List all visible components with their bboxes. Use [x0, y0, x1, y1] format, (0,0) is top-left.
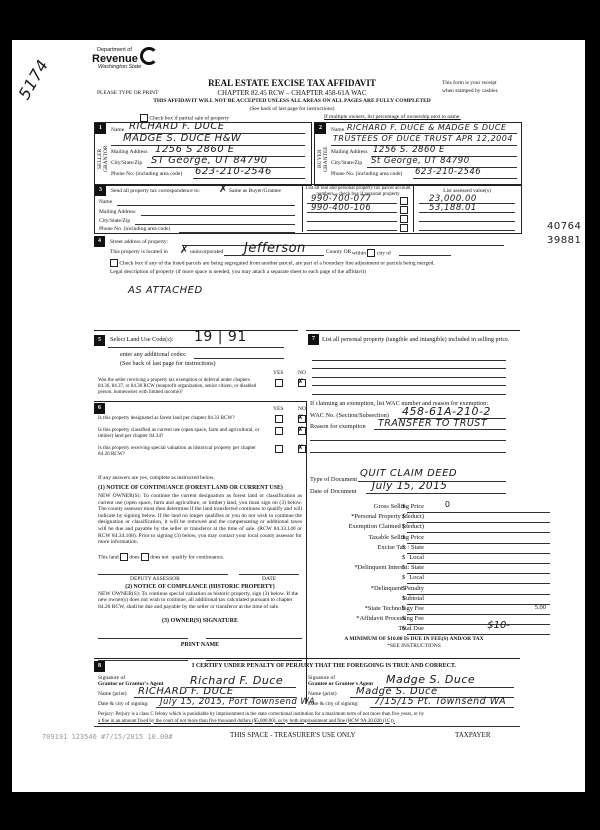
personal-property-checkbox[interactable]	[400, 197, 408, 205]
deputy-assessor-signature-line[interactable]	[98, 574, 228, 575]
within-text: within	[352, 250, 366, 256]
grantor-date-value[interactable]: July 15, 2015, Port Townsend WA	[160, 697, 315, 707]
owner-signature-line-2[interactable]	[206, 638, 302, 639]
city-of-field[interactable]	[399, 255, 451, 256]
does-not-text: does not	[150, 554, 169, 560]
fee-label: Local	[409, 574, 424, 581]
doc-type-label: Type of Document	[310, 476, 357, 483]
grantor-name-label: Name (print)	[98, 691, 127, 698]
dollar-sign: $	[402, 625, 405, 632]
multiple-owners-note: If multiple owners, list percentage of o…	[324, 114, 461, 121]
corr-city-label: City/State/Zip	[99, 218, 130, 225]
seller-name-line1[interactable]: RICHARD F. DUCE	[129, 121, 225, 132]
grantee-name-label: Name (print)	[308, 691, 337, 698]
section-number: 4	[94, 236, 105, 247]
buyer-city-value[interactable]: St George, UT 84790	[371, 156, 470, 166]
dollar-sign: $	[402, 585, 405, 592]
fee-label: Subtotal	[402, 595, 424, 602]
dollar-sign: $	[402, 513, 405, 520]
margin-note-assessed-1: 40764	[547, 221, 581, 232]
personal-property-line[interactable]	[312, 368, 506, 369]
personal-property-line[interactable]	[312, 377, 506, 378]
see-back-instructions: (See back of last page for instructions)	[120, 360, 216, 368]
section-number: 7	[308, 334, 319, 345]
yes-header: YES	[273, 370, 283, 377]
section-number: 2	[315, 123, 326, 134]
correspondence-label: Send all property tax correspondence to:	[111, 188, 200, 195]
certify-statement: I CERTIFY UNDER PENALTY OF PERJURY THAT …	[154, 663, 494, 669]
segregated-checkbox[interactable]	[110, 259, 118, 267]
within-label: within city of	[352, 249, 391, 257]
doc-date-value[interactable]: July 15, 2015	[372, 480, 447, 492]
does-checkbox[interactable]	[120, 553, 128, 561]
fee-value[interactable]: 5.00	[535, 604, 546, 611]
perjury-line-2: a fine in an amount fixed by the court o…	[98, 719, 518, 726]
fee-value[interactable]: $10-	[487, 620, 510, 631]
seller-phone-value[interactable]: 623-210-2546	[195, 166, 272, 177]
fee-label: *Personal Property (deduct)	[351, 513, 424, 520]
fee-row: Total Due $ $10-	[312, 625, 550, 636]
personal-property-checkbox[interactable]	[400, 206, 408, 214]
section-5-land-use: 5 Select Land Use Code(s): 19 | 91 enter…	[94, 330, 298, 401]
dollar-sign: $	[402, 523, 405, 530]
buyer-mailing-value[interactable]: 1256 S. 2860 E	[373, 145, 445, 155]
deputy-assessor-label: DEPUTY ASSESSOR	[130, 576, 180, 583]
minimum-fee-note: A MINIMUM OF $10.00 IS DUE IN FEE(S) AND…	[308, 636, 520, 642]
reason-continued-line[interactable]	[310, 440, 506, 441]
grantee-date-value[interactable]: 7/15/15 Pt. Townsend WA	[374, 696, 506, 707]
seller-name-line2[interactable]: MADGE S. DUCE H&W	[123, 133, 241, 144]
dollar-sign: $	[402, 564, 405, 571]
logo-agency-name: Revenue	[92, 54, 141, 64]
county-value[interactable]: Jefferson	[244, 241, 306, 256]
same-as-buyer-label: Same as Buyer/Grantee	[229, 188, 281, 195]
logo-state-text: Washington State	[98, 64, 141, 71]
section-4-property: 4 Street address of property: This prope…	[94, 236, 520, 326]
unincorporated-label: unincorporated	[190, 249, 223, 256]
question-yes-checkbox[interactable]	[275, 445, 283, 453]
current-use-question: Is this property receiving special valua…	[98, 445, 266, 458]
wac-value[interactable]: 458-61A-210-2	[402, 405, 491, 418]
section-number: 8	[94, 661, 105, 672]
buyer-name-line2[interactable]: TRUSTEES OF DUCE TRUST APR 12,2004	[333, 134, 513, 143]
dollar-sign: $	[402, 574, 405, 581]
buyer-mailing-label: Mailing Address	[331, 149, 368, 156]
street-address-field[interactable]	[182, 245, 504, 246]
unincorporated-checkbox[interactable]: ✗	[180, 246, 188, 256]
buyer-name-label: Name	[331, 127, 344, 134]
buyer-grantee-label: BUYER GRANTEE	[317, 137, 327, 181]
same-as-buyer-checkbox[interactable]: ✗	[219, 185, 227, 195]
print-name-label: PRINT NAME	[98, 642, 302, 648]
segregated-checkbox-row[interactable]: Check box if any of the listed parcels a…	[110, 259, 435, 267]
fee-label: *Delinquent Penalty	[371, 585, 424, 592]
fee-label: Exemption Claimed (deduct)	[349, 523, 424, 530]
reason-label: Reason for exemption	[310, 423, 366, 430]
grantor-date-label: Date & city of signing:	[98, 701, 149, 708]
section-8-certification: 8 I CERTIFY UNDER PENALTY OF PERJURY THA…	[94, 658, 520, 779]
corr-mailing-label: Mailing Address	[99, 209, 136, 216]
buyer-phone-value[interactable]: 623-210-2546	[415, 167, 481, 177]
receipt-note-2: when stamped by cashier.	[442, 88, 499, 95]
deputy-date-label: DATE	[262, 576, 276, 583]
section-number: 5	[94, 335, 105, 346]
section-number: 1	[95, 123, 106, 134]
section-1-seller: 1 SELLER GRANTOR Name RICHARD F. DUCE MA…	[94, 122, 312, 186]
located-in-label: This property is located in	[110, 249, 168, 256]
owner-signature-line-1[interactable]	[98, 638, 188, 639]
this-land-row: This land does does not qualify for cont…	[98, 553, 224, 561]
buyer-name-line1[interactable]: RICHARD F. DUCE & MADGE S DUCE	[347, 123, 507, 132]
additional-codes-label: enter any additional codes:	[120, 351, 187, 359]
please-type-label: PLEASE TYPE OR PRINT	[97, 90, 158, 97]
dollar-sign: $	[402, 595, 405, 602]
section-2-buyer: 2 BUYER GRANTEE Name RICHARD F. DUCE & M…	[314, 122, 522, 186]
current-use-question: Is this property designated as forest la…	[98, 415, 266, 421]
margin-note-file-number: 5174	[14, 56, 52, 102]
no-header: NO	[298, 370, 306, 377]
yes-header: YES	[273, 406, 283, 413]
segregated-text: Check box if any of the listed parcels a…	[119, 260, 434, 266]
perjury-statement: Perjury: Perjury is a class C felony whi…	[98, 712, 518, 725]
deputy-date-line[interactable]	[239, 574, 299, 575]
question-no-mark: ✗	[297, 425, 304, 435]
notice-compliance-body: NEW OWNER(S): To continue special valuat…	[98, 591, 302, 610]
buyer-phone-label: Phone No. (including area code)	[331, 171, 402, 178]
personal-property-line[interactable]	[312, 385, 506, 386]
dor-logo: Department of Revenue Washington State	[92, 47, 141, 71]
treasurer-use-label: THIS SPACE - TREASURER'S USE ONLY	[230, 731, 356, 739]
if-yes-note: If any answers are yes, complete as inst…	[98, 475, 215, 482]
this-land-text: This land	[98, 554, 119, 560]
receipt-note-1: This form is your receipt	[442, 80, 497, 87]
seller-city-label: City/State/Zip	[111, 160, 142, 167]
seller-phone-label: Phone No. (including area code)	[111, 171, 182, 178]
street-address-label: Street address of property:	[110, 239, 168, 246]
exemption-no-mark: ✗	[297, 377, 304, 387]
seller-grantor-label: SELLER GRANTOR	[97, 137, 107, 181]
fee-value[interactable]: 0	[445, 500, 450, 509]
taxpayer-label: TAXPAYER	[455, 731, 491, 739]
fee-label: Excise Tax : State	[377, 544, 424, 551]
exemption-question: Was the seller receiving a property tax …	[98, 378, 263, 397]
form-warning: THIS AFFIDAVIT WILL NOT BE ACCEPTED UNLE…	[112, 98, 472, 104]
dollar-sign: $	[402, 605, 405, 612]
section-number: 6	[94, 403, 105, 414]
personal-property-line[interactable]	[312, 360, 506, 361]
cashier-stamp: 709191 123546 #7/15/2015 10.00#	[42, 733, 173, 741]
question-yes-checkbox[interactable]	[275, 415, 283, 423]
city-of-text: city of	[377, 250, 391, 256]
question-no-mark: ✗	[297, 443, 304, 453]
seller-city-value[interactable]: ST George, UT 84790	[151, 155, 268, 166]
grantee-signature[interactable]: Madge S. Duce	[386, 673, 475, 686]
grantor-name-value[interactable]: RICHARD F. DUCE	[138, 686, 234, 697]
fee-label: *Delinquent Interest: State	[354, 564, 424, 571]
dollar-sign: $	[402, 503, 405, 510]
personal-property-checkbox[interactable]	[400, 215, 408, 223]
question-no-mark: ✗	[297, 413, 304, 423]
form-title: REAL ESTATE EXCISE TAX AFFIDAVIT	[182, 78, 402, 88]
current-use-question: Is this property classified as current u…	[98, 427, 266, 440]
does-not-checkbox[interactable]	[141, 553, 149, 561]
doc-date-label: Date of Document	[310, 488, 357, 495]
county-or-label: County OR	[326, 249, 351, 256]
does-text: does	[129, 554, 139, 560]
margin-note-assessed-2: 39881	[547, 235, 581, 246]
question-yes-checkbox[interactable]	[275, 427, 283, 435]
corr-phone-label: Phone No. (including area code)	[99, 226, 170, 233]
notice-continuance-body: NEW OWNER(S): To continue the current de…	[98, 493, 302, 546]
buyer-city-label: City/State/Zip	[331, 160, 362, 167]
notice-compliance-title: (2) NOTICE OF COMPLIANCE (HISTORIC PROPE…	[98, 584, 302, 590]
reason-continued-line[interactable]	[310, 452, 506, 453]
dollar-sign: $	[402, 534, 405, 541]
owner-signature-label: (3) OWNER(S) SIGNATURE	[98, 618, 302, 624]
legal-description-label: Legal description of property (if more s…	[110, 269, 366, 276]
personal-property-label: List all personal property (tangible and…	[322, 335, 512, 344]
fee-label: *State Technology Fee	[365, 605, 424, 612]
grantee-date-label: Date & city of signing:	[308, 701, 359, 708]
dollar-sign: $	[402, 615, 405, 622]
revenue-swoosh-icon	[140, 47, 158, 65]
fee-label: Gross Selling Price	[374, 503, 424, 510]
see-instructions-note: *SEE INSTRUCTIONS	[308, 643, 520, 649]
fee-label: Local	[409, 554, 424, 561]
section-number: 3	[95, 185, 106, 196]
section-6-current-use: 6 YES NO Is this property designated as …	[94, 401, 307, 702]
dollar-sign: $	[402, 554, 405, 561]
affidavit-page: 5174 40764 39881 Department of Revenue W…	[12, 40, 585, 792]
qualify-text: qualify for continuance.	[171, 554, 224, 560]
personal-property-line[interactable]	[312, 394, 506, 395]
notice-continuance-title: (1) NOTICE OF CONTINUANCE (FOREST LAND O…	[98, 485, 302, 491]
seller-mailing-value[interactable]: 1256 S 2860 E	[155, 144, 235, 155]
land-use-label: Select Land Use Code(s):	[110, 336, 173, 344]
corr-name-label: Name	[99, 199, 112, 206]
see-back-note: (See back of last page for instructions)	[182, 106, 402, 113]
section-3-correspondence: 3 Send all property tax correspondence t…	[94, 184, 522, 234]
fee-label: *Affidavit Processing Fee	[356, 615, 424, 622]
land-use-code-value[interactable]: 19 | 91	[194, 329, 247, 345]
legal-description-value[interactable]: AS ATTACHED	[128, 285, 203, 296]
reason-value[interactable]: TRANSFER TO TRUST	[378, 418, 487, 429]
fee-label: Taxable Selling Price	[368, 534, 424, 541]
seller-mailing-label: Mailing Address	[111, 149, 148, 156]
no-header: NO	[298, 406, 306, 413]
form-chapter: CHAPTER 82.45 RCW – CHAPTER 458-61A WAC	[182, 89, 402, 97]
city-of-checkbox[interactable]	[367, 249, 375, 257]
doc-type-value[interactable]: QUIT CLAIM DEED	[360, 468, 457, 479]
additional-codes-field[interactable]	[194, 358, 284, 359]
personal-property-checkbox[interactable]	[400, 224, 408, 232]
exemption-yes-checkbox[interactable]	[275, 379, 283, 387]
dollar-sign: $	[402, 544, 405, 551]
